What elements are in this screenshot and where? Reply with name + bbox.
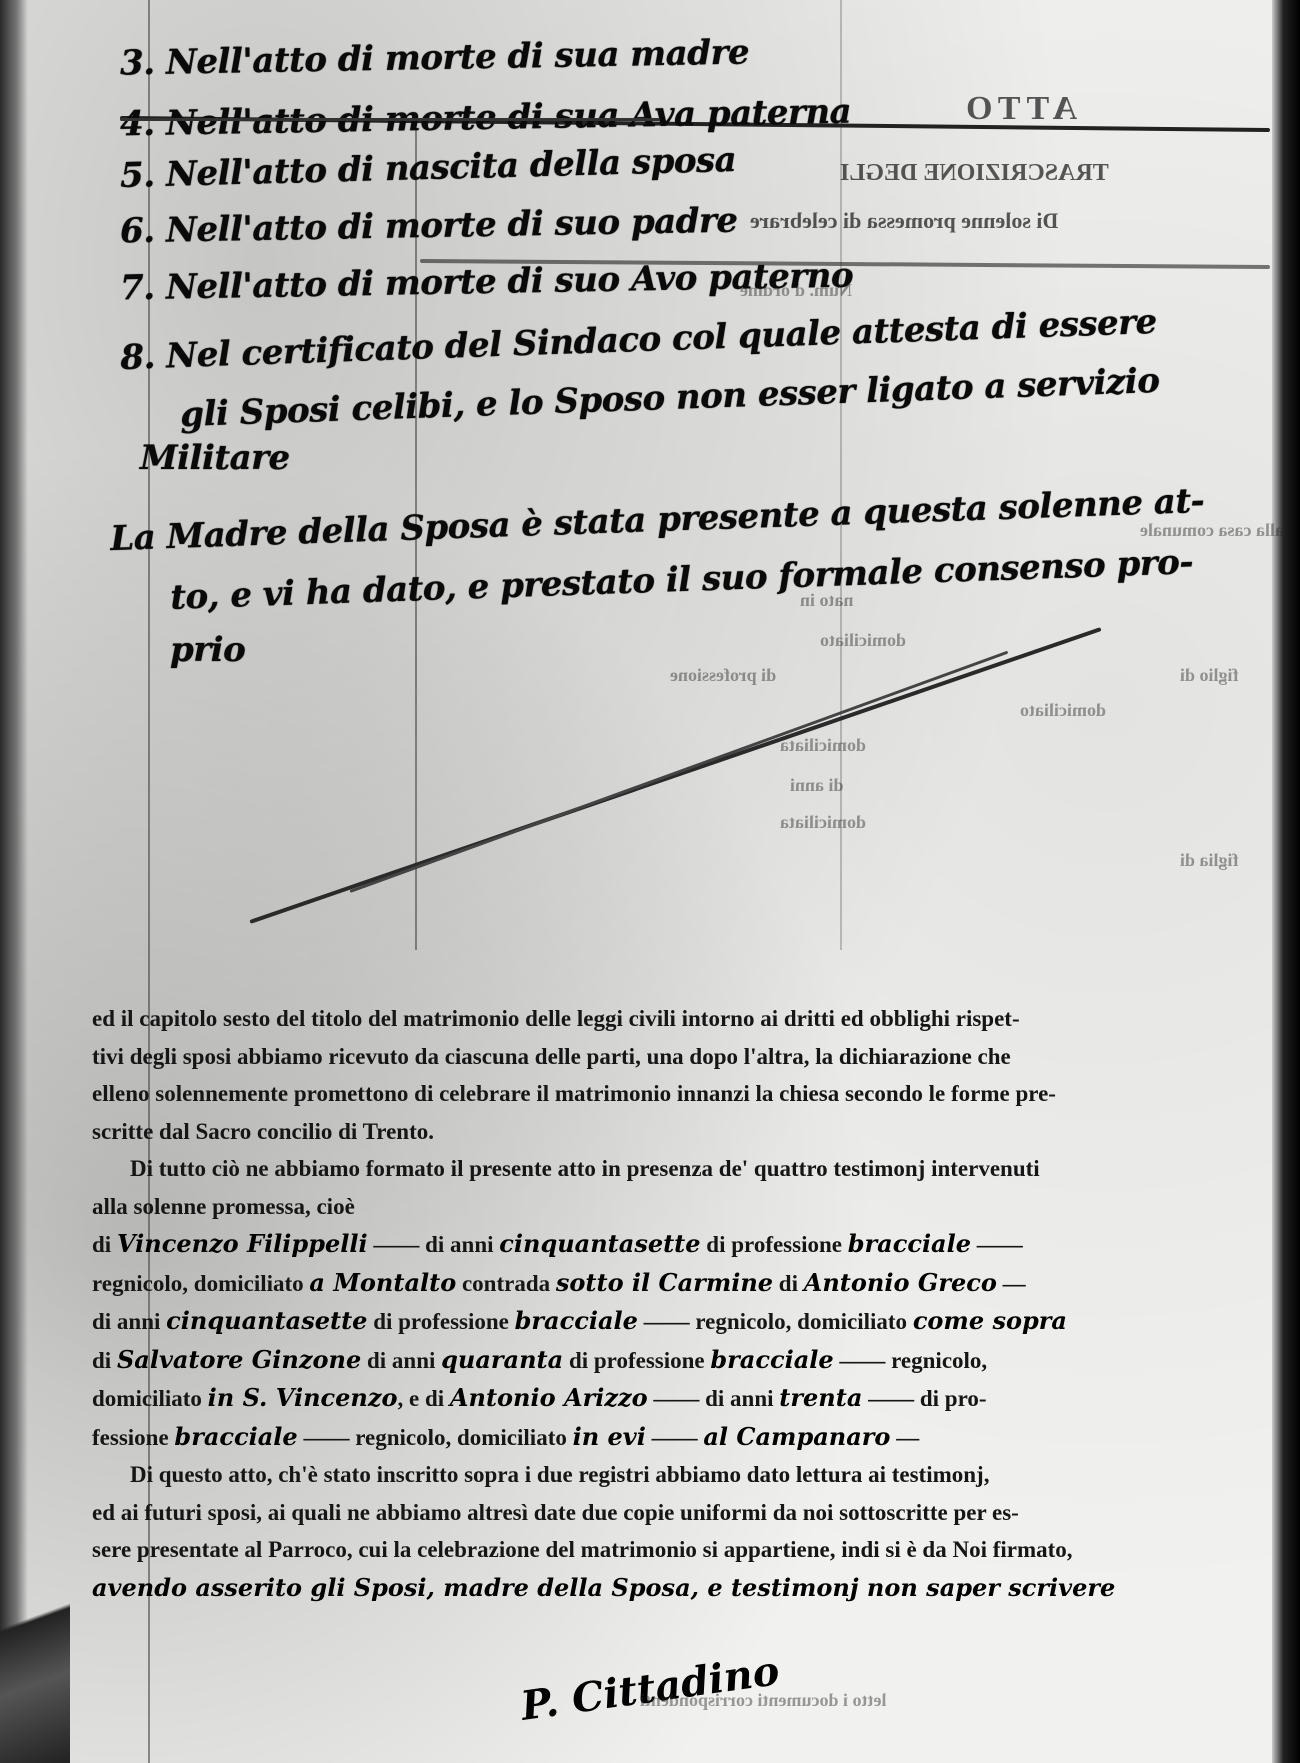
handwritten-entry: Salvatore Ginzone xyxy=(117,1345,361,1374)
bleed-title: TRASCRIZIONE DEGLI xyxy=(840,160,1109,187)
printed-text: di xyxy=(92,1348,117,1373)
bleed-fragment: figlio di xyxy=(1180,665,1239,686)
handwritten-note: gli Sposi celibi, e lo Sposo non esser l… xyxy=(180,361,1160,435)
handwritten-entry: bracciale xyxy=(174,1422,297,1451)
handwritten-entry: bracciale xyxy=(710,1345,833,1374)
handwritten-entry: avendo asserito gli Sposi, madre della S… xyxy=(92,1573,1115,1602)
body-line: fessione bracciale —— regnicolo, domicil… xyxy=(92,1418,1222,1457)
printed-text: —— di anni xyxy=(368,1232,500,1257)
body-line: domiciliato in S. Vincenzo, e di Antonio… xyxy=(92,1379,1222,1418)
handwritten-note: to, e vi ha dato, e prestato il suo form… xyxy=(170,542,1194,618)
bleed-fragment: domiciliato xyxy=(820,630,906,651)
body-line: avendo asserito gli Sposi, madre della S… xyxy=(92,1569,1222,1608)
bleed-fragment: di professione xyxy=(670,665,776,686)
body-line: ed il capitolo sesto del titolo del matr… xyxy=(92,1000,1222,1038)
printed-text: di xyxy=(92,1232,117,1257)
page-corner-shadow xyxy=(0,1560,70,1763)
handwritten-entry: a Montalto xyxy=(309,1268,456,1297)
body-line: regnicolo, domiciliato a Montalto contra… xyxy=(92,1264,1222,1303)
printed-text: —— regnicolo, xyxy=(834,1348,988,1373)
book-binding-shadow xyxy=(0,0,28,1763)
body-line: tivi degli sposi abbiamo ricevuto da cia… xyxy=(92,1038,1222,1076)
body-line: di Salvatore Ginzone di anni quaranta di… xyxy=(92,1341,1222,1380)
printed-text: , e di xyxy=(397,1386,449,1411)
printed-text: scritte dal Sacro concilio di Trento. xyxy=(92,1119,434,1144)
handwritten-entry: come sopra xyxy=(913,1306,1067,1335)
body-line: di anni cinquantasette di professione br… xyxy=(92,1302,1222,1341)
handwritten-entry: in S. Vincenzo xyxy=(208,1383,398,1412)
printed-text: —— regnicolo, domiciliato xyxy=(298,1425,573,1450)
printed-text: domiciliato xyxy=(92,1386,208,1411)
bleed-fragment: alla casa comunale xyxy=(1140,520,1284,541)
body-line: Di questo atto, ch'è stato inscritto sop… xyxy=(92,1456,1222,1494)
printed-text: — xyxy=(890,1425,919,1450)
printed-text: di professione xyxy=(367,1309,514,1334)
bleed-fragment: figlia di xyxy=(1180,850,1239,871)
column-rule xyxy=(840,0,842,950)
printed-text: di anni xyxy=(92,1309,166,1334)
printed-text: —— di pro- xyxy=(862,1386,986,1411)
body-line: di Vincenzo Filippelli —— di anni cinqua… xyxy=(92,1225,1222,1264)
handwritten-entry: in evi xyxy=(573,1422,646,1451)
handwritten-entry: quaranta xyxy=(441,1345,563,1374)
bleed-fragment: domiciliata xyxy=(780,812,866,833)
scanned-document-page: ATTO TRASCRIZIONE DEGLI Di solenne prome… xyxy=(0,0,1300,1763)
handwritten-entry: cinquantasette xyxy=(166,1306,367,1335)
bleed-fragment: domiciliato xyxy=(1020,700,1106,721)
printed-text: — xyxy=(997,1271,1026,1296)
handwritten-note: 6. Nell'atto di morte di suo padre xyxy=(120,201,738,252)
printed-text: di xyxy=(773,1271,804,1296)
handwritten-entry: bracciale xyxy=(515,1306,638,1335)
bleed-atto: ATTO xyxy=(960,90,1077,128)
handwritten-entry: cinquantasette xyxy=(499,1229,700,1258)
cancellation-stroke xyxy=(349,651,1008,893)
handwritten-entry: Antonio Greco xyxy=(804,1268,997,1297)
printed-text: di professione xyxy=(563,1348,710,1373)
handwritten-note: 5. Nell'atto di nascita della sposa xyxy=(120,140,737,196)
printed-body: ed il capitolo sesto del titolo del matr… xyxy=(92,1000,1222,1607)
printed-text: regnicolo, domiciliato xyxy=(92,1271,309,1296)
handwritten-note: Militare xyxy=(140,438,290,478)
printed-text: di professione xyxy=(701,1232,848,1257)
bleed-fragment: di anni xyxy=(790,775,844,796)
printed-text: contrada xyxy=(456,1271,556,1296)
bleed-footer: letto i documenti corrispondenti xyxy=(640,1690,886,1711)
printed-text: —— regnicolo, domiciliato xyxy=(638,1309,913,1334)
handwritten-entry: Antonio Arizzo xyxy=(450,1383,648,1412)
body-line: ed ai futuri sposi, ai quali ne abbiamo … xyxy=(92,1494,1222,1532)
handwritten-entry: al Campanaro xyxy=(703,1422,890,1451)
handwritten-entry: sotto il Carmine xyxy=(556,1268,773,1297)
printed-text: alla solenne promessa, cioè xyxy=(92,1194,355,1219)
printed-text: sere presentate al Parroco, cui la celeb… xyxy=(92,1537,1073,1562)
body-line: Di tutto ciò ne abbiamo formato il prese… xyxy=(92,1150,1222,1188)
handwritten-entry: bracciale xyxy=(848,1229,971,1258)
printed-text: elleno solennemente promettono di celebr… xyxy=(92,1081,1056,1106)
bleed-fragment: domiciliata xyxy=(780,735,866,756)
printed-text: —— xyxy=(646,1425,704,1450)
printed-text: tivi degli sposi abbiamo ricevuto da cia… xyxy=(92,1044,1011,1069)
printed-text: di anni xyxy=(361,1348,441,1373)
printed-text: —— di anni xyxy=(648,1386,780,1411)
page-right-edge xyxy=(1272,0,1300,1763)
body-line: alla solenne promessa, cioè xyxy=(92,1188,1222,1226)
body-line: scritte dal Sacro concilio di Trento. xyxy=(92,1113,1222,1151)
bleed-subtitle: Di solenne promessa di celebrare xyxy=(750,208,1058,234)
handwritten-entry: trenta xyxy=(779,1383,862,1412)
body-line: elleno solennemente promettono di celebr… xyxy=(92,1075,1222,1113)
printed-text: Di questo atto, ch'è stato inscritto sop… xyxy=(130,1462,989,1487)
printed-text: fessione xyxy=(92,1425,174,1450)
handwritten-note: prio xyxy=(170,630,245,670)
body-line: sere presentate al Parroco, cui la celeb… xyxy=(92,1531,1222,1569)
official-signature: P. Cittadino xyxy=(518,1647,782,1730)
printed-text: ed il capitolo sesto del titolo del matr… xyxy=(92,1006,1020,1031)
handwritten-entry: Vincenzo Filippelli xyxy=(117,1229,368,1258)
printed-text: ed ai futuri sposi, ai quali ne abbiamo … xyxy=(92,1500,1019,1525)
printed-text: Di tutto ciò ne abbiamo formato il prese… xyxy=(130,1156,1040,1181)
printed-text: —— xyxy=(971,1232,1023,1257)
strikethrough-line xyxy=(120,118,660,121)
handwritten-note: 3. Nell'atto di morte di sua madre xyxy=(120,33,750,84)
